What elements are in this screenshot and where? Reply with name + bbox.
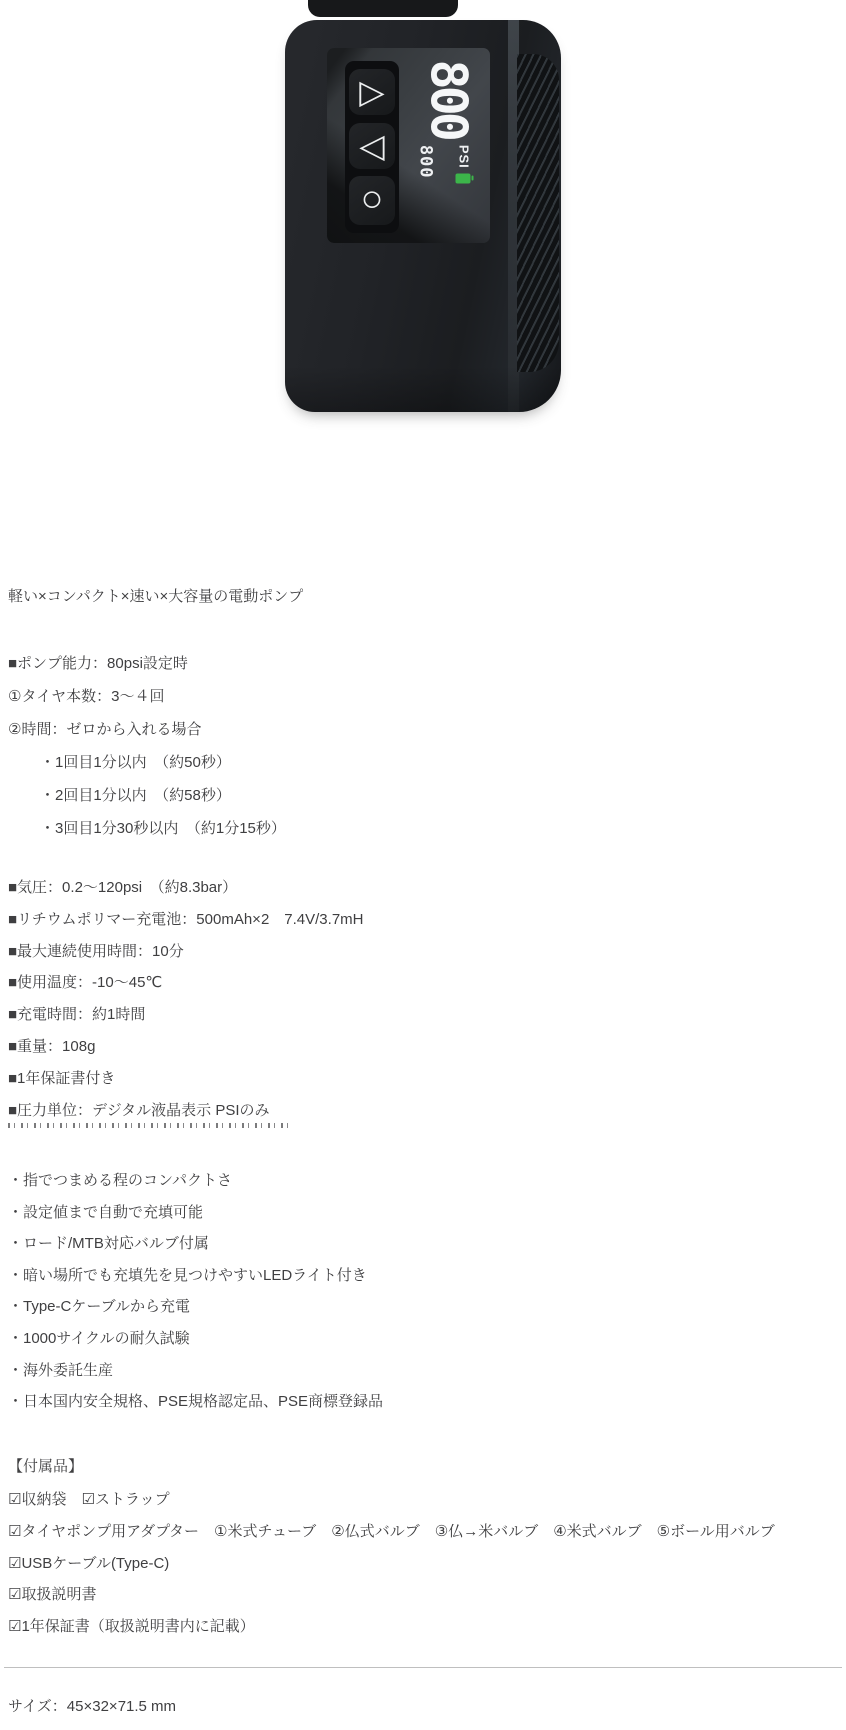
feature-line: ・日本国内安全規格、PSE規格認定品、PSE商標登録品 xyxy=(8,1386,383,1418)
accessory-line: ☑1年保証書（取扱説明書内に記載） xyxy=(8,1611,775,1643)
spec-line: ■気圧：0.2～120psi （約8.3bar） xyxy=(8,872,364,904)
spec-line: ■リチウムポリマー充電池：500mAh×2 7.4V/3.7mH xyxy=(8,904,364,936)
accessory-line: ☑収納袋 ☑ストラップ xyxy=(8,1484,775,1516)
feature-line: ・Type-Cケーブルから充電 xyxy=(8,1291,383,1323)
spec-line: ■ポンプ能力：80psi設定時 xyxy=(8,647,286,680)
spec-line: ■使用温度：-10～45℃ xyxy=(8,967,364,999)
triangle-down-button-icon: ◁ xyxy=(349,123,395,169)
lcd-display: 800 PSI 800 xyxy=(417,60,474,188)
feature-line: ・暗い場所でも充填先を見つけやすいLEDライト付き xyxy=(8,1260,383,1292)
spec-line: ②時間：ゼロから入れる場合 xyxy=(8,713,286,746)
spec-line: ・1回目1分以内 （約50秒） xyxy=(8,746,286,779)
intro-text: 軽い×コンパクト×速い×大容量の電動ポンプ xyxy=(8,588,303,606)
feature-section: ・指でつまめる程のコンパクトさ ・設定値まで自動で充填可能 ・ロード/MTB対応… xyxy=(8,1165,383,1418)
spec-line: ■1年保証書付き xyxy=(8,1063,364,1095)
feature-line: ・1000サイクルの耐久試験 xyxy=(8,1323,383,1355)
spec-line: ■圧力単位：デジタル液晶表示 PSIのみ xyxy=(8,1095,364,1127)
lcd-pressure-value: 800 xyxy=(417,60,474,138)
divider xyxy=(4,1667,842,1668)
pump-spec-section: ■ポンプ能力：80psi設定時 ①タイヤ本数：3～４回 ②時間：ゼロから入れる場… xyxy=(8,647,286,845)
device-button-panel: ▷ ◁ ○ xyxy=(345,61,399,233)
clipped-text-line xyxy=(8,1123,293,1128)
feature-line: ・設定値まで自動で充填可能 xyxy=(8,1197,383,1229)
pump-product-image: ▷ ◁ ○ 800 PSI 800 xyxy=(0,0,846,430)
feature-line: ・指でつまめる程のコンパクトさ xyxy=(8,1165,383,1197)
spec-line: ①タイヤ本数：3～４回 xyxy=(8,680,286,713)
accessories-heading: 【付属品】 xyxy=(8,1450,83,1483)
psi-unit-label: PSI xyxy=(457,145,472,169)
spec-line: ■最大連続使用時間：10分 xyxy=(8,936,364,968)
device-body: ▷ ◁ ○ 800 PSI 800 xyxy=(285,20,561,412)
product-page: ▷ ◁ ○ 800 PSI 800 軽い×コンパクト×速い×大容量 xyxy=(0,0,846,1730)
feature-line: ・海外委託生産 xyxy=(8,1355,383,1387)
accessory-line: ☑USBケーブル(Type-C) xyxy=(8,1548,775,1580)
spec-line: ・3回目1分30秒以内 （約1分15秒） xyxy=(8,812,286,845)
feature-line: ・ロード/MTB対応バルブ付属 xyxy=(8,1228,383,1260)
lcd-unit-row: PSI xyxy=(456,145,472,184)
triangle-up-button-icon: ▷ xyxy=(349,69,395,115)
device-screen: ▷ ◁ ○ 800 PSI 800 xyxy=(327,48,490,243)
device-side-vents xyxy=(517,54,559,372)
device-top-port xyxy=(308,0,458,17)
tech-spec-section: ■気圧：0.2～120psi （約8.3bar） ■リチウムポリマー充電池：50… xyxy=(8,872,364,1126)
accessory-line: ☑取扱説明書 xyxy=(8,1579,775,1611)
spec-line: ■重量：108g xyxy=(8,1031,364,1063)
battery-icon xyxy=(456,174,471,184)
lcd-side-column: PSI 800 xyxy=(417,145,474,184)
accessory-line: ☑タイヤポンプ用アダプター ①米式チューブ ②仏式バルブ ③仏→米バルブ ④米式… xyxy=(8,1516,775,1548)
lcd-set-value: 800 xyxy=(417,145,434,184)
power-button-icon: ○ xyxy=(349,176,395,225)
accessories-section: ☑収納袋 ☑ストラップ ☑タイヤポンプ用アダプター ①米式チューブ ②仏式バルブ… xyxy=(8,1484,775,1643)
spec-line: ・2回目1分以内 （約58秒） xyxy=(8,779,286,812)
size-text: サイズ：45×32×71.5 mm xyxy=(8,1690,176,1723)
spec-line: ■充電時間：約1時間 xyxy=(8,999,364,1031)
